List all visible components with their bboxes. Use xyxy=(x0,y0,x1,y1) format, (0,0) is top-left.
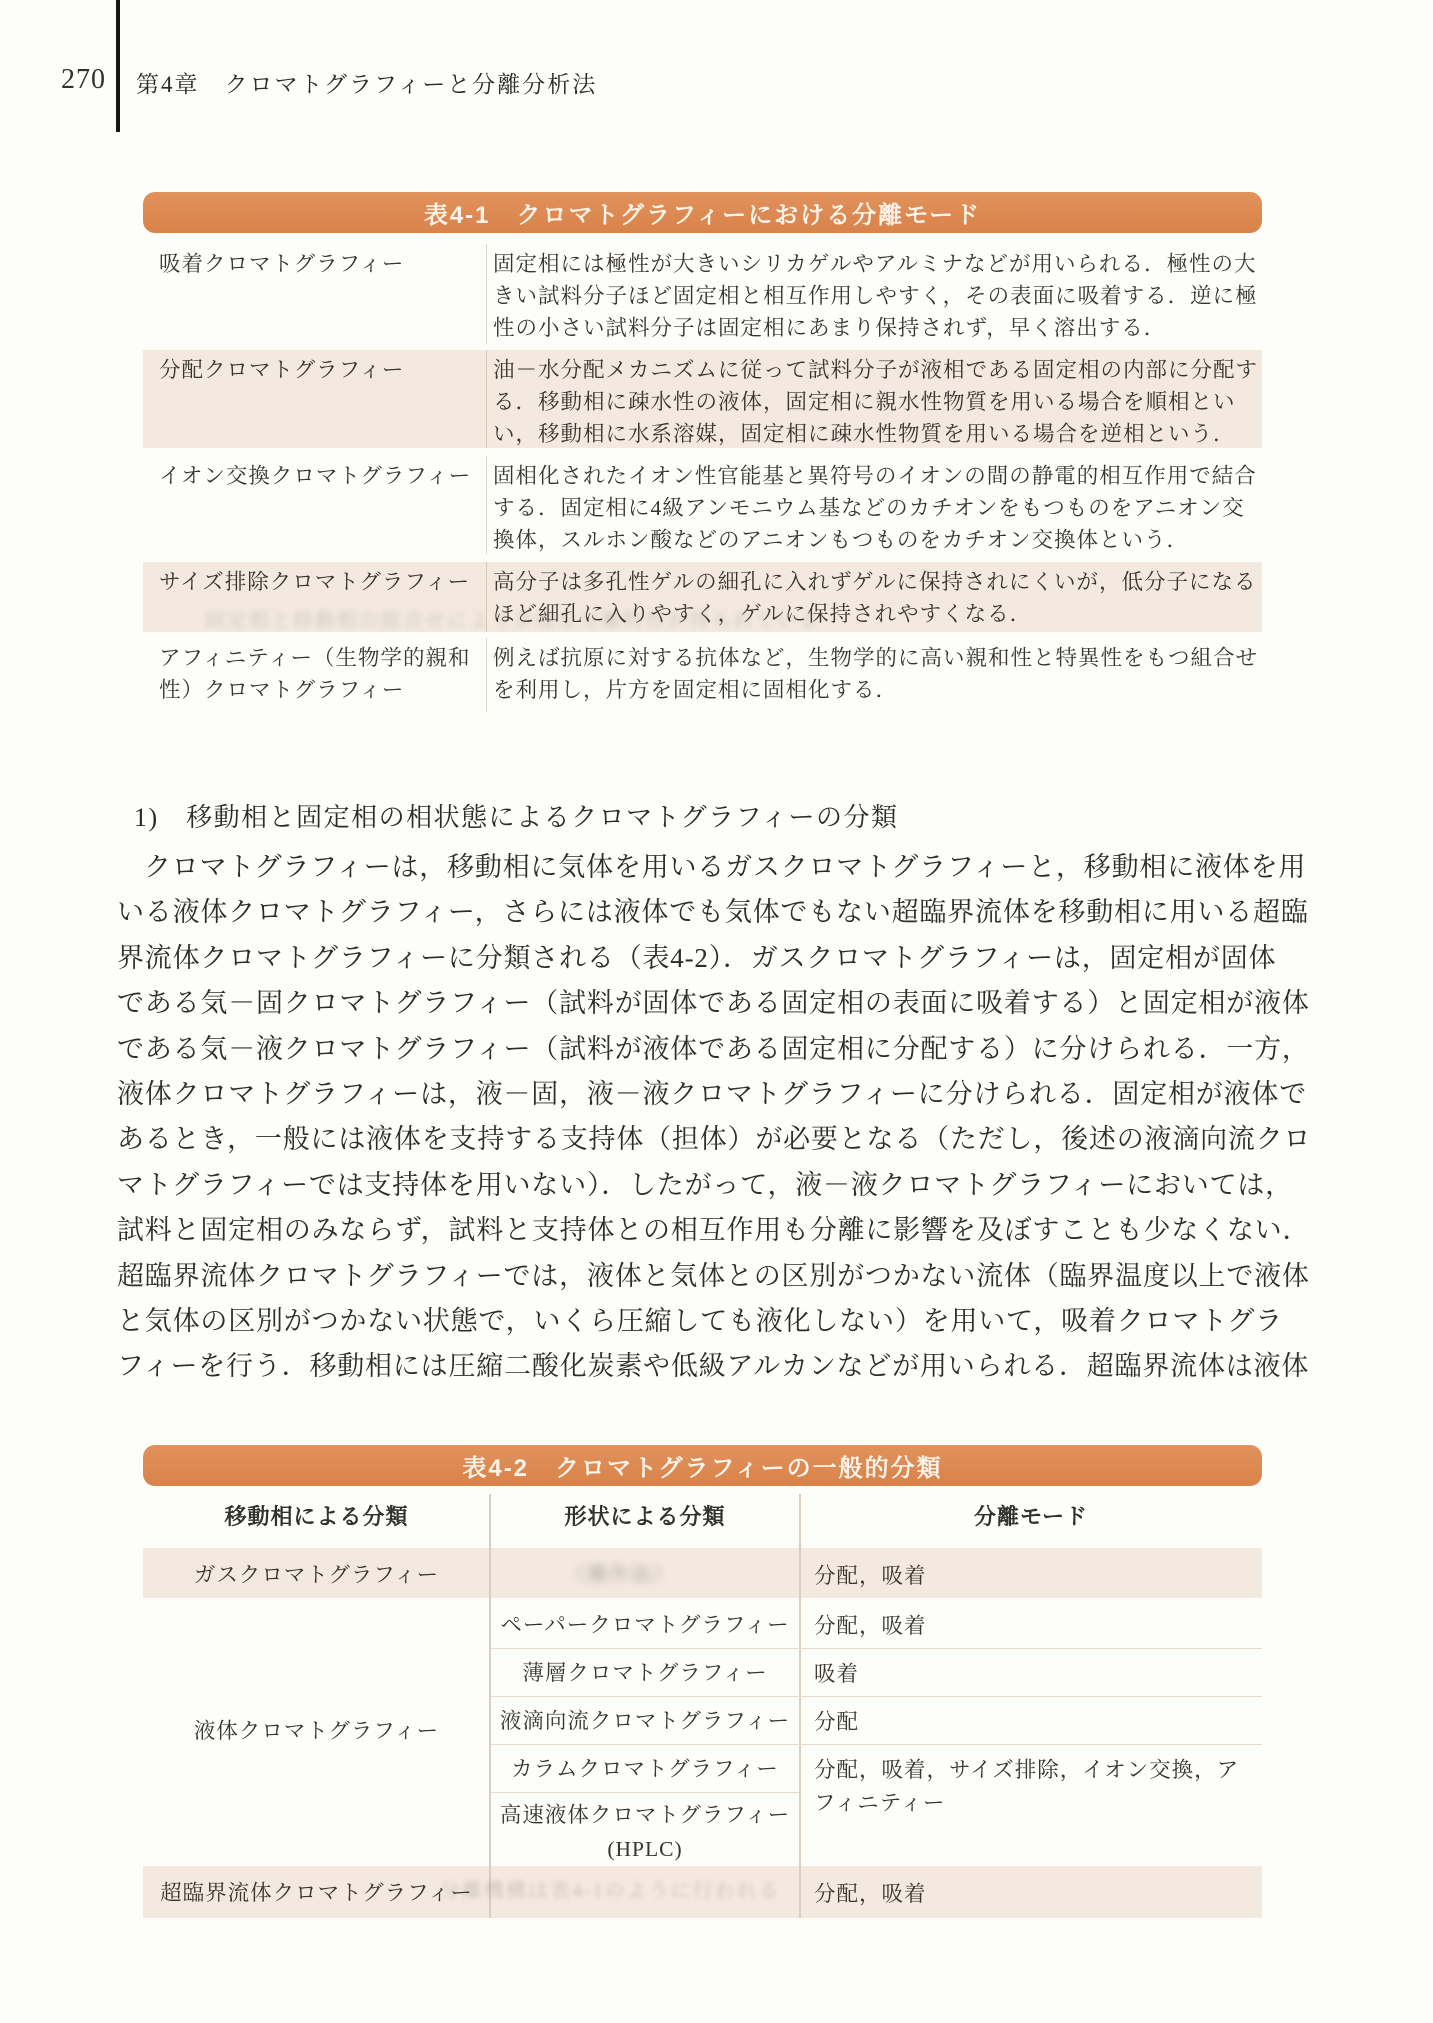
body-line: マトグラフィーでは支持体を用いない）．したがって，液－液クロマトグラフィーにおい… xyxy=(117,1163,1325,1208)
separation-mode-description: 油－水分配メカニズムに従って試料分子が液相である固定相の内部に分配する．移動相に… xyxy=(487,350,1262,448)
body-line: 超臨界流体クロマトグラフィーでは，液体と気体との区別がつかない流体（臨界温度以上… xyxy=(117,1254,1325,1299)
shape-thin-layer: 薄層クロマトグラフィー xyxy=(490,1658,800,1688)
column-header-separation-mode: 分離モード xyxy=(800,1500,1262,1531)
separation-mode-name: サイズ排除クロマトグラフィー xyxy=(143,562,487,632)
shape-column: カラムクロマトグラフィー xyxy=(490,1754,800,1784)
separation-mode-name: アフィニティー（生物学的親和性）クロマトグラフィー xyxy=(143,638,487,712)
section-heading: 1) 移動相と固定相の相状態によるクロマトグラフィーの分類 xyxy=(134,797,899,834)
mobile-phase-gas: ガスクロマトグラフィー xyxy=(143,1560,490,1590)
table-row: 吸着クロマトグラフィー 固定相には極性が大きいシリカゲルやアルミナなどが用いられ… xyxy=(143,244,1262,344)
separation-mode-description: 例えば抗原に対する抗体など，生物学的に高い親和性と特異性をもつ組合せを利用し，片… xyxy=(487,638,1262,712)
mobile-phase-liquid: 液体クロマトグラフィー xyxy=(143,1716,490,1746)
table-row: イオン交換クロマトグラフィー 固相化されたイオン性官能基と異符号のイオンの間の静… xyxy=(143,456,1262,554)
mode-column: 分配，吸着，サイズ排除，イオン交換，アフィニティー xyxy=(814,1754,1250,1820)
page-number: 270 xyxy=(36,64,106,96)
body-line: いる液体クロマトグラフィー，さらには液体でも気体でもない超臨界流体を移動相に用い… xyxy=(117,890,1325,935)
chapter-header: 第4章 クロマトグラフィーと分離分析法 xyxy=(136,66,597,99)
shape-hplc: 高速液体クロマトグラフィー xyxy=(490,1800,800,1830)
table-4-1-title: 表4-1 クロマトグラフィーにおける分離モード xyxy=(424,195,981,230)
column-header-shape: 形状による分類 xyxy=(490,1500,800,1531)
table-row: 分配クロマトグラフィー 油－水分配メカニズムに従って試料分子が液相である固定相の… xyxy=(143,350,1262,448)
mode-droplet-countercurrent: 分配 xyxy=(814,1706,1250,1739)
shape-hplc-abbreviation: (HPLC) xyxy=(490,1834,800,1864)
mode-paper: 分配，吸着 xyxy=(814,1610,1250,1643)
body-line: クロマトグラフィーは，移動相に気体を用いるガスクロマトグラフィーと，移動相に液体… xyxy=(117,845,1325,890)
table-4-2-header-row: 移動相による分類 形状による分類 分離モード xyxy=(143,1500,1262,1531)
body-line: 界流体クロマトグラフィーに分類される（表4-2）．ガスクロマトグラフィーは，固定… xyxy=(117,936,1325,981)
body-line: 試料と固定相のみならず，試料と支持体との相互作用も分離に影響を及ぼすことも少なく… xyxy=(117,1208,1325,1253)
separation-mode-name: 分配クロマトグラフィー xyxy=(143,350,487,448)
table-row: サイズ排除クロマトグラフィー 高分子は多孔性ゲルの細孔に入れずゲルに保持されにく… xyxy=(143,562,1262,632)
table-row: アフィニティー（生物学的親和性）クロマトグラフィー 例えば抗原に対する抗体など，… xyxy=(143,638,1262,712)
body-paragraph: クロマトグラフィーは，移動相に気体を用いるガスクロマトグラフィーと，移動相に液体… xyxy=(117,845,1325,1390)
table-4-1: 吸着クロマトグラフィー 固定相には極性が大きいシリカゲルやアルミナなどが用いられ… xyxy=(143,244,1262,712)
shape-paper: ペーパークロマトグラフィー xyxy=(490,1610,800,1640)
body-line: 液体クロマトグラフィーは，液－固，液－液クロマトグラフィーに分けられる．固定相が… xyxy=(117,1072,1325,1117)
mode-supercritical: 分配，吸着 xyxy=(814,1878,1250,1911)
shape-droplet-countercurrent: 液滴向流クロマトグラフィー xyxy=(490,1706,800,1736)
header-divider-rule xyxy=(116,0,120,132)
separation-mode-name: 吸着クロマトグラフィー xyxy=(143,244,487,344)
table-4-2-title-band: 表4-2 クロマトグラフィーの一般的分類 xyxy=(143,1445,1262,1486)
row-divider xyxy=(490,1696,1262,1697)
column-header-mobile-phase: 移動相による分類 xyxy=(143,1500,490,1531)
body-line: あるとき，一般には液体を支持する支持体（担体）が必要となる（ただし，後述の液滴向… xyxy=(117,1117,1325,1162)
body-line: フィーを行う．移動相には圧縮二酸化炭素や低級アルカンなどが用いられる．超臨界流体… xyxy=(117,1344,1325,1389)
body-line: と気体の区別がつかない状態で，いくら圧縮しても液化しない）を用いて，吸着クロマト… xyxy=(117,1299,1325,1344)
mode-gas: 分配，吸着 xyxy=(814,1560,1250,1593)
mobile-phase-supercritical: 超臨界流体クロマトグラフィー xyxy=(143,1878,490,1908)
book-page: 270 第4章 クロマトグラフィーと分離分析法 表4-1 クロマトグラフィーにお… xyxy=(0,0,1433,2023)
row-divider xyxy=(490,1648,1262,1649)
row-divider xyxy=(490,1744,1262,1745)
separation-mode-description: 高分子は多孔性ゲルの細孔に入れずゲルに保持されにくいが，低分子になるほど細孔に入… xyxy=(487,562,1262,632)
body-line: である気－固クロマトグラフィー（試料が固体である固定相の表面に吸着する）と固定相… xyxy=(117,981,1325,1026)
separation-mode-description: 固相化されたイオン性官能基と異符号のイオンの間の静電的相互作用で結合する．固定相… xyxy=(487,456,1262,554)
table-4-2-title: 表4-2 クロマトグラフィーの一般的分類 xyxy=(462,1448,942,1483)
table-4-1-title-band: 表4-1 クロマトグラフィーにおける分離モード xyxy=(143,192,1262,233)
row-divider xyxy=(490,1792,799,1793)
separation-mode-name: イオン交換クロマトグラフィー xyxy=(143,456,487,554)
separation-mode-description: 固定相には極性が大きいシリカゲルやアルミナなどが用いられる．極性の大きい試料分子… xyxy=(487,244,1262,344)
mode-thin-layer: 吸着 xyxy=(814,1658,1250,1691)
body-line: である気－液クロマトグラフィー（試料が液体である固定相に分配する）に分けられる．… xyxy=(117,1027,1325,1072)
